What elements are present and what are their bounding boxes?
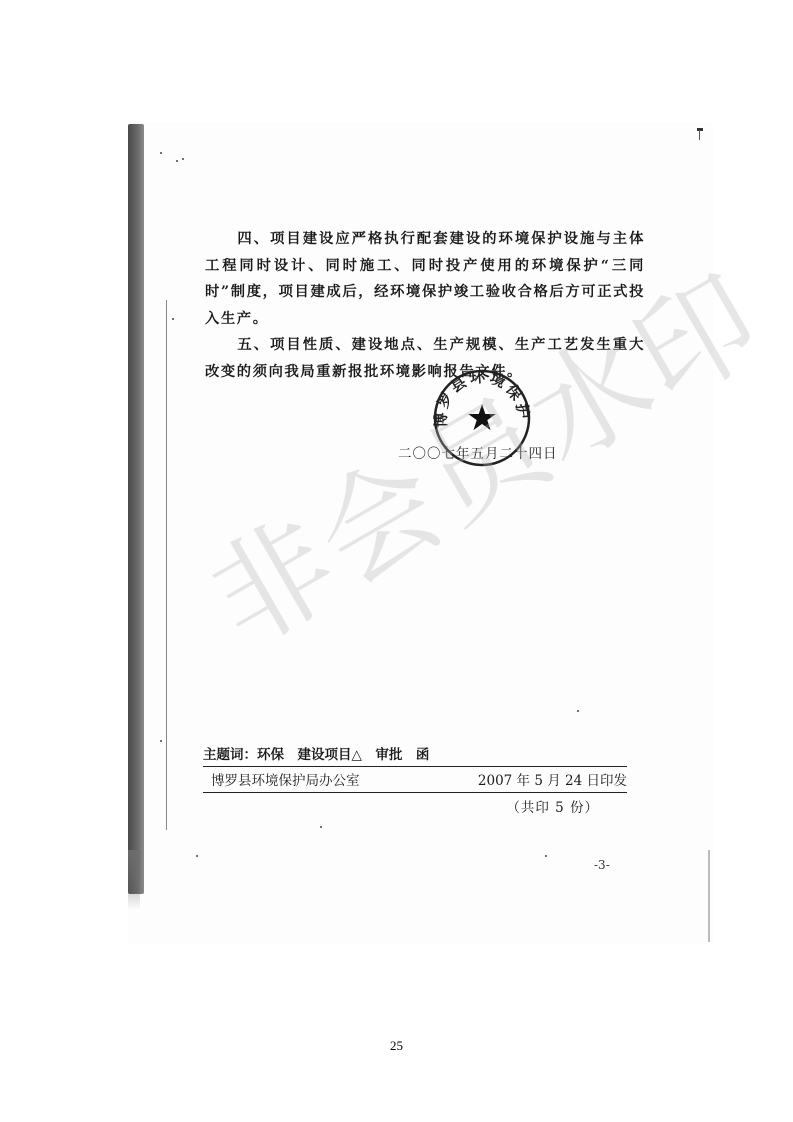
scan-right-edge	[708, 850, 710, 942]
scan-speck	[545, 855, 547, 857]
copies-count: （共印 5 份）	[203, 793, 627, 816]
keywords-label: 主题词：	[203, 747, 257, 763]
paragraph-number: 五、	[237, 337, 270, 353]
scan-speck	[160, 152, 162, 154]
keywords-value: 环保 建设项目△ 审批 函	[257, 747, 429, 763]
scan-binding-shadow-fade	[128, 850, 140, 910]
scan-speck	[196, 855, 198, 857]
scan-mark	[697, 128, 703, 131]
paragraph-number: 四、	[237, 231, 270, 247]
scan-binding-shadow	[128, 124, 144, 894]
document-footer: 主题词：环保 建设项目△ 审批 函 博罗县环境保护局办公室 2007 年 5 月…	[203, 743, 627, 816]
scan-speck	[176, 160, 178, 162]
issue-date: 2007 年 5 月 24 日印发	[478, 769, 627, 789]
scan-fold-line	[166, 300, 167, 830]
scan-speck	[160, 740, 162, 742]
issuer: 博罗县环境保护局办公室	[211, 769, 360, 789]
document-page-number: -3-	[594, 858, 610, 872]
keywords-row: 主题词：环保 建设项目△ 审批 函	[203, 743, 627, 767]
scan-speck	[577, 710, 579, 712]
scan-speck	[320, 826, 322, 828]
scan-speck	[172, 318, 174, 320]
pdf-page-number: 25	[0, 1038, 793, 1054]
scan-mark-stem	[699, 130, 700, 140]
issuer-row: 博罗县环境保护局办公室 2007 年 5 月 24 日印发	[203, 767, 627, 793]
scan-speck	[182, 158, 184, 160]
